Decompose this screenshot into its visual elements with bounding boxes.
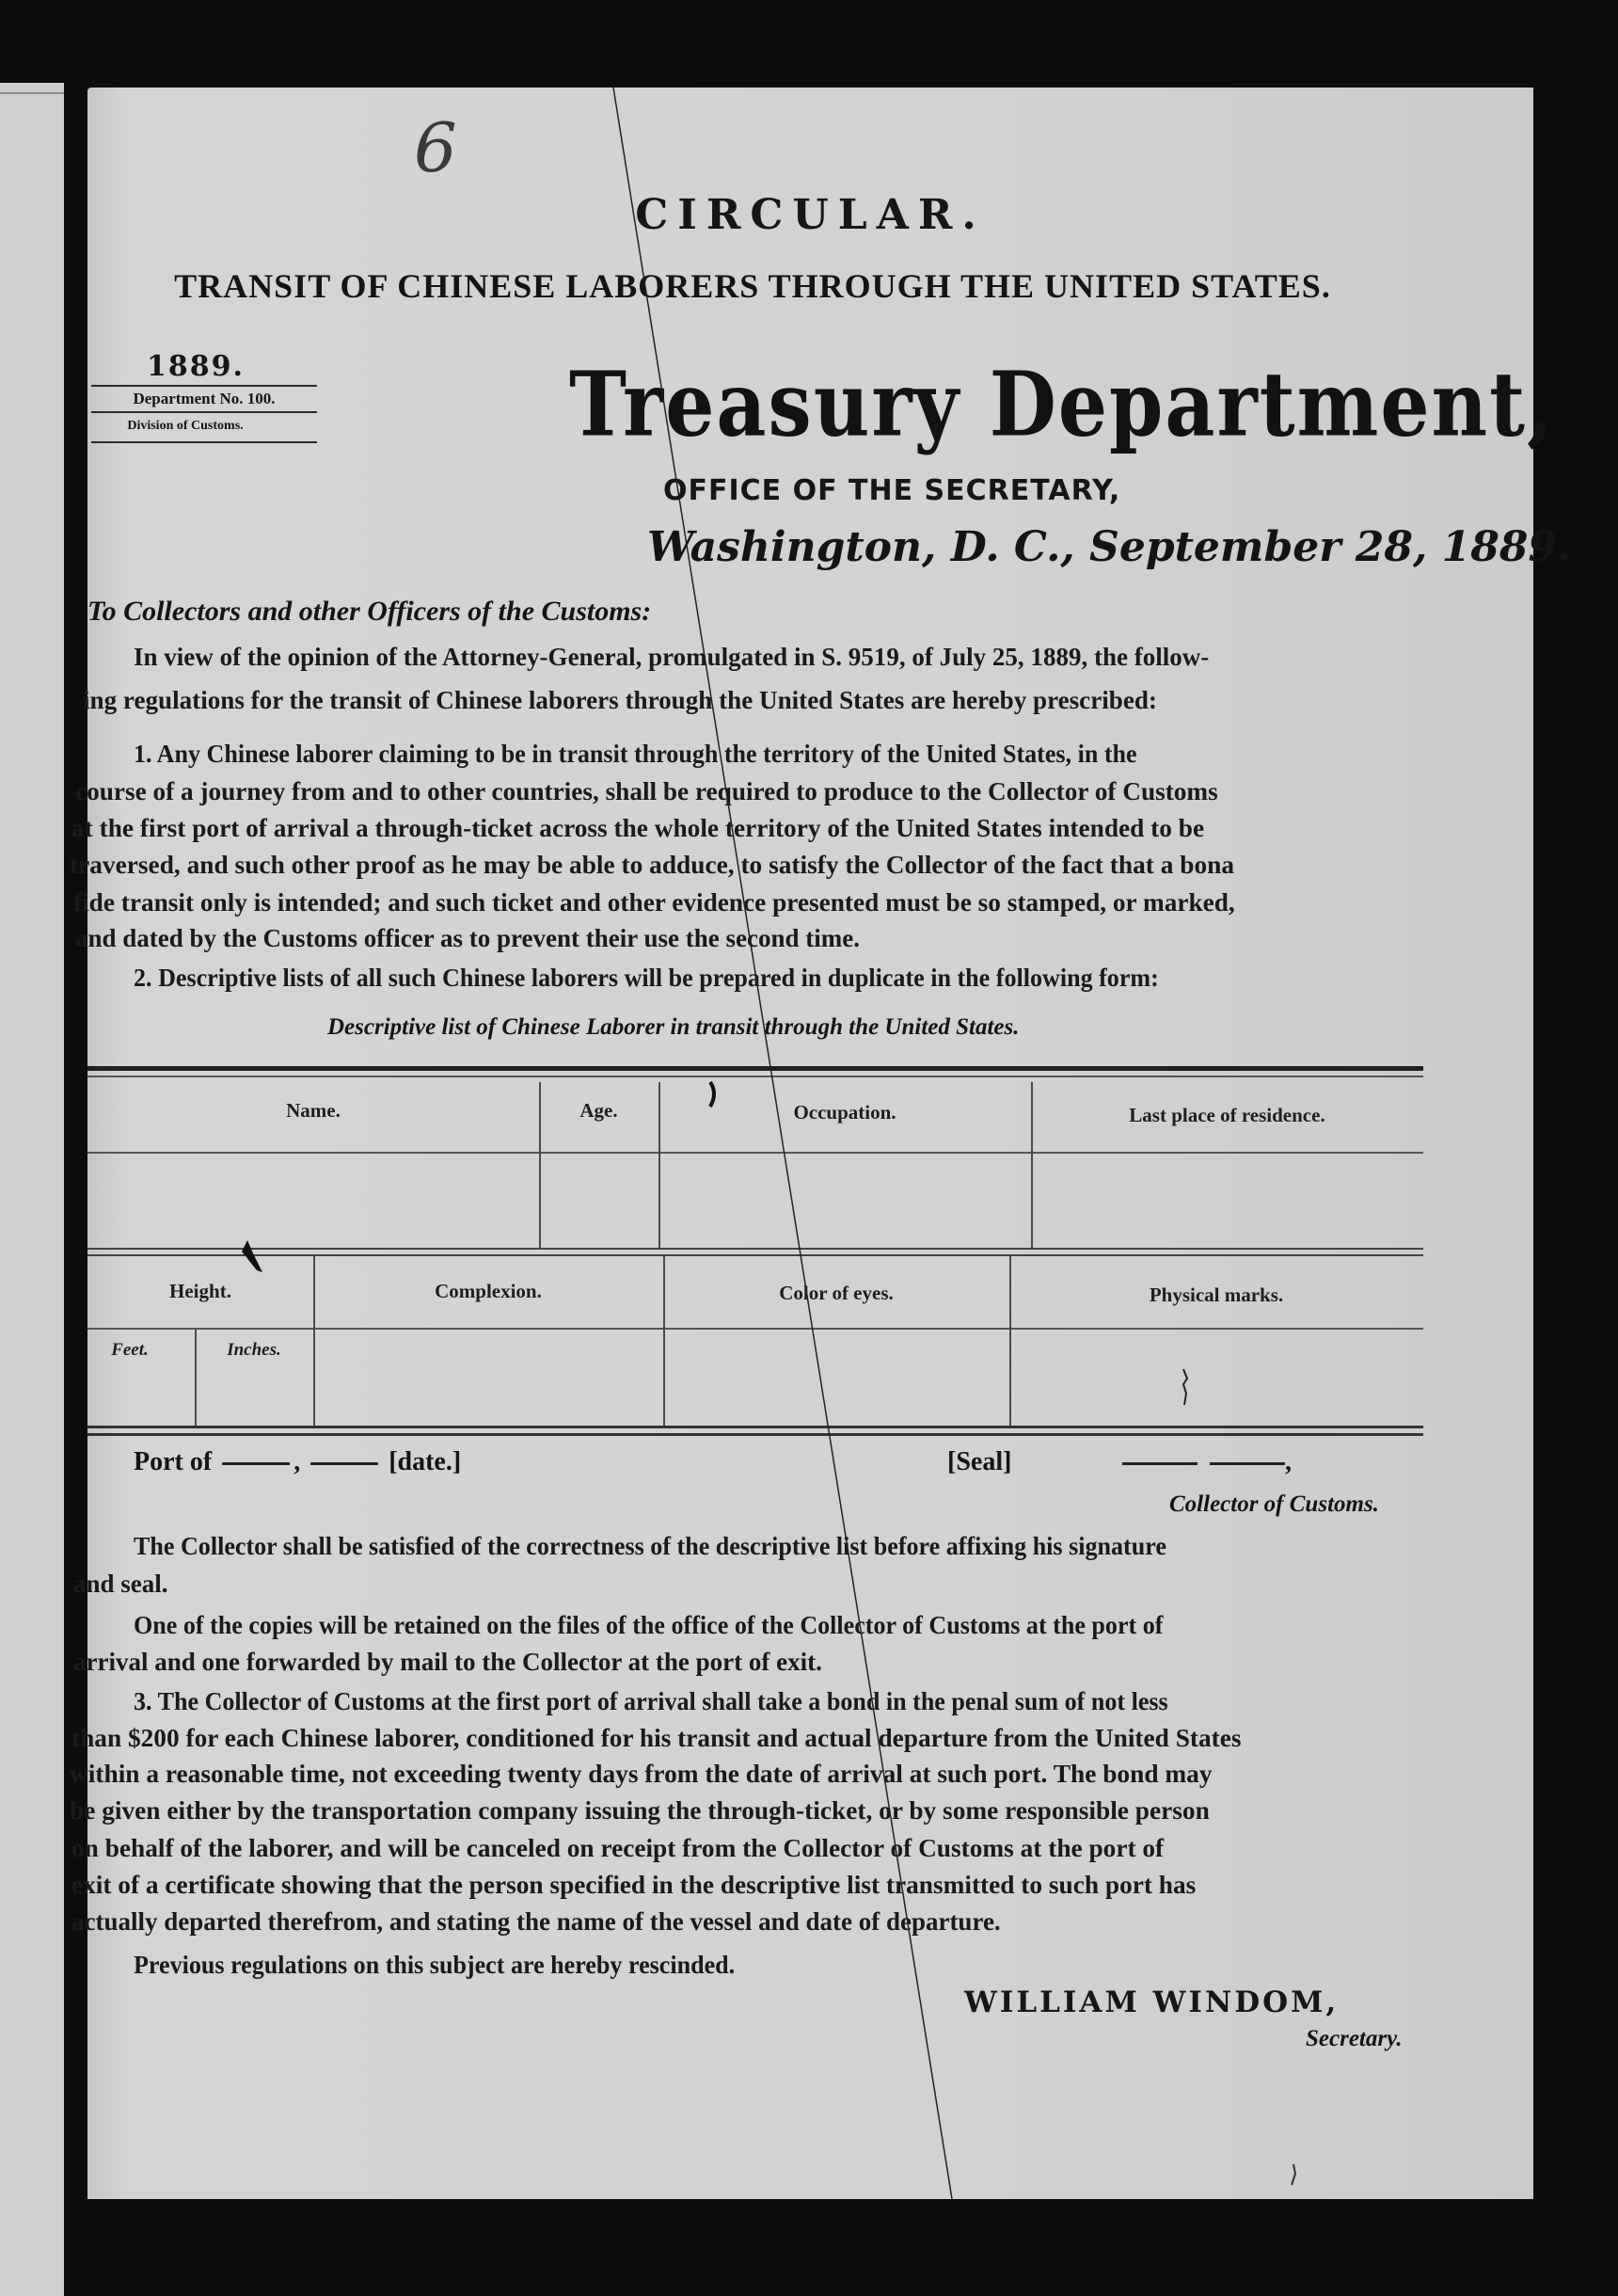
collector-of-customs-label: Collector of Customs. [1169,1491,1379,1518]
item1-line-5: fide transit only is intended; and such … [73,888,1423,917]
signatory-name: WILLIAM WINDOM, [964,1985,1339,2019]
seal-label: [Seal] [947,1447,1011,1477]
item3-line-4: be given either by the transportation co… [70,1796,1423,1826]
after-form-line-4: arrival and one forwarded by mail to the… [73,1648,1409,1677]
entry-last-residence[interactable] [1033,1154,1423,1248]
after-form-line-3: One of the copies will be retained on th… [134,1611,1423,1640]
entry-eye-color[interactable] [665,1330,1009,1426]
port-of-label: Port of [134,1447,212,1476]
date-label: [date.] [389,1447,461,1476]
descriptive-list-form: Name. Age. Occupation. Last place of res… [87,1061,1423,1438]
form-caption: Descriptive list of Chinese Laborer in t… [327,1014,1020,1041]
collector-signature-blank[interactable]: , [1122,1447,1292,1477]
column-header-name: Name. [87,1099,539,1123]
item3-line-2: than $200 for each Chinese laborer, cond… [71,1724,1423,1753]
item3-line-1: 3. The Collector of Customs at the first… [134,1687,1423,1716]
column-header-eye-color: Color of eyes. [663,1282,1009,1305]
department-number: Department No. 100. [91,390,317,408]
subheader-feet: Feet. [87,1340,172,1361]
item1-line-4: traversed, and such other proof as he ma… [70,851,1423,880]
adjacent-page-strip [0,83,64,2296]
entry-complexion[interactable] [315,1330,663,1426]
entry-physical-marks[interactable] [1011,1330,1423,1426]
entry-height-feet[interactable] [87,1363,195,1426]
intro-line-1: In view of the opinion of the Attorney-G… [134,643,1423,672]
divider [91,441,317,443]
divider [91,385,317,387]
after-form-line-1: The Collector shall be satisfied of the … [134,1532,1423,1561]
item1-line-1: 1. Any Chinese laborer claiming to be in… [134,740,1423,769]
port-blank[interactable] [222,1462,290,1465]
signatory-title: Secretary. [1306,2026,1403,2052]
column-header-last-residence: Last place of residence. [1031,1104,1423,1127]
column-header-physical-marks: Physical marks. [1009,1284,1423,1307]
item3-line-5: on behalf of the laborer, and will be ca… [71,1834,1423,1863]
closing-line: Previous regulations on this subject are… [134,1951,1423,1980]
intro-line-2: ing regulations for the transit of Chine… [83,686,1423,715]
item2-line: 2. Descriptive lists of all such Chinese… [134,964,1423,993]
office-of-secretary: OFFICE OF THE SECRETARY, [663,474,1120,507]
place-and-date: Washington, D. C., September 28, 1889. [647,523,1571,571]
reference-block: 1889. Department No. 100. Division of Cu… [91,350,317,443]
treasury-department-heading: Treasury Department, [569,353,1556,456]
column-header-occupation: Occupation. [658,1101,1031,1124]
divider [91,411,317,413]
column-header-height: Height. [87,1280,313,1303]
column-header-complexion: Complexion. [313,1280,663,1303]
item3-line-7: actually departed therefrom, and stating… [71,1907,1407,1937]
circular-subtitle: TRANSIT OF CHINESE LABORERS THROUGH THE … [132,266,1373,306]
entry-occupation[interactable] [660,1154,1031,1248]
reference-year: 1889. [74,350,317,383]
salutation: To Collectors and other Officers of the … [87,596,651,628]
circular-title: CIRCULAR. [87,191,1533,239]
entry-age[interactable] [541,1154,658,1248]
after-form-line-2: and seal. [73,1570,1409,1599]
entry-name[interactable] [87,1154,539,1248]
entry-height-inches[interactable] [197,1363,313,1426]
item1-line-2: course of a journey from and to other co… [75,777,1423,806]
item1-line-3: at the first port of arrival a through-t… [71,814,1423,843]
handwritten-page-number: 6 [414,108,457,187]
item3-line-3: within a reasonable time, not exceeding … [70,1760,1423,1789]
subheader-inches: Inches. [195,1340,313,1361]
port-of-line: Port of , [date.] [134,1447,461,1477]
date-blank[interactable] [310,1462,378,1465]
item3-line-6: exit of a certificate showing that the p… [71,1871,1423,1900]
item1-line-6: and dated by the Customs officer as to p… [75,924,1411,953]
division-name: Division of Customs. [54,419,317,434]
column-header-age: Age. [539,1099,658,1123]
